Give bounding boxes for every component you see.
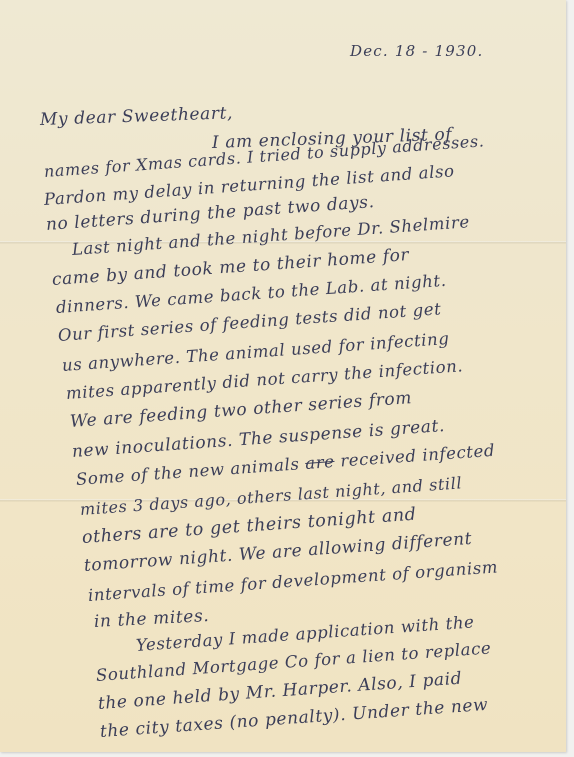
struck-word: are: [305, 452, 336, 473]
letter-date: Dec. 18 - 1930.: [350, 42, 483, 60]
letter-line-18: in the mites.: [93, 606, 209, 632]
letter-salutation: My dear Sweetheart,: [40, 103, 234, 130]
letter-page: Dec. 18 - 1930. My dear Sweetheart, I am…: [0, 0, 566, 752]
letter-line-13-after: received infected: [334, 441, 496, 471]
